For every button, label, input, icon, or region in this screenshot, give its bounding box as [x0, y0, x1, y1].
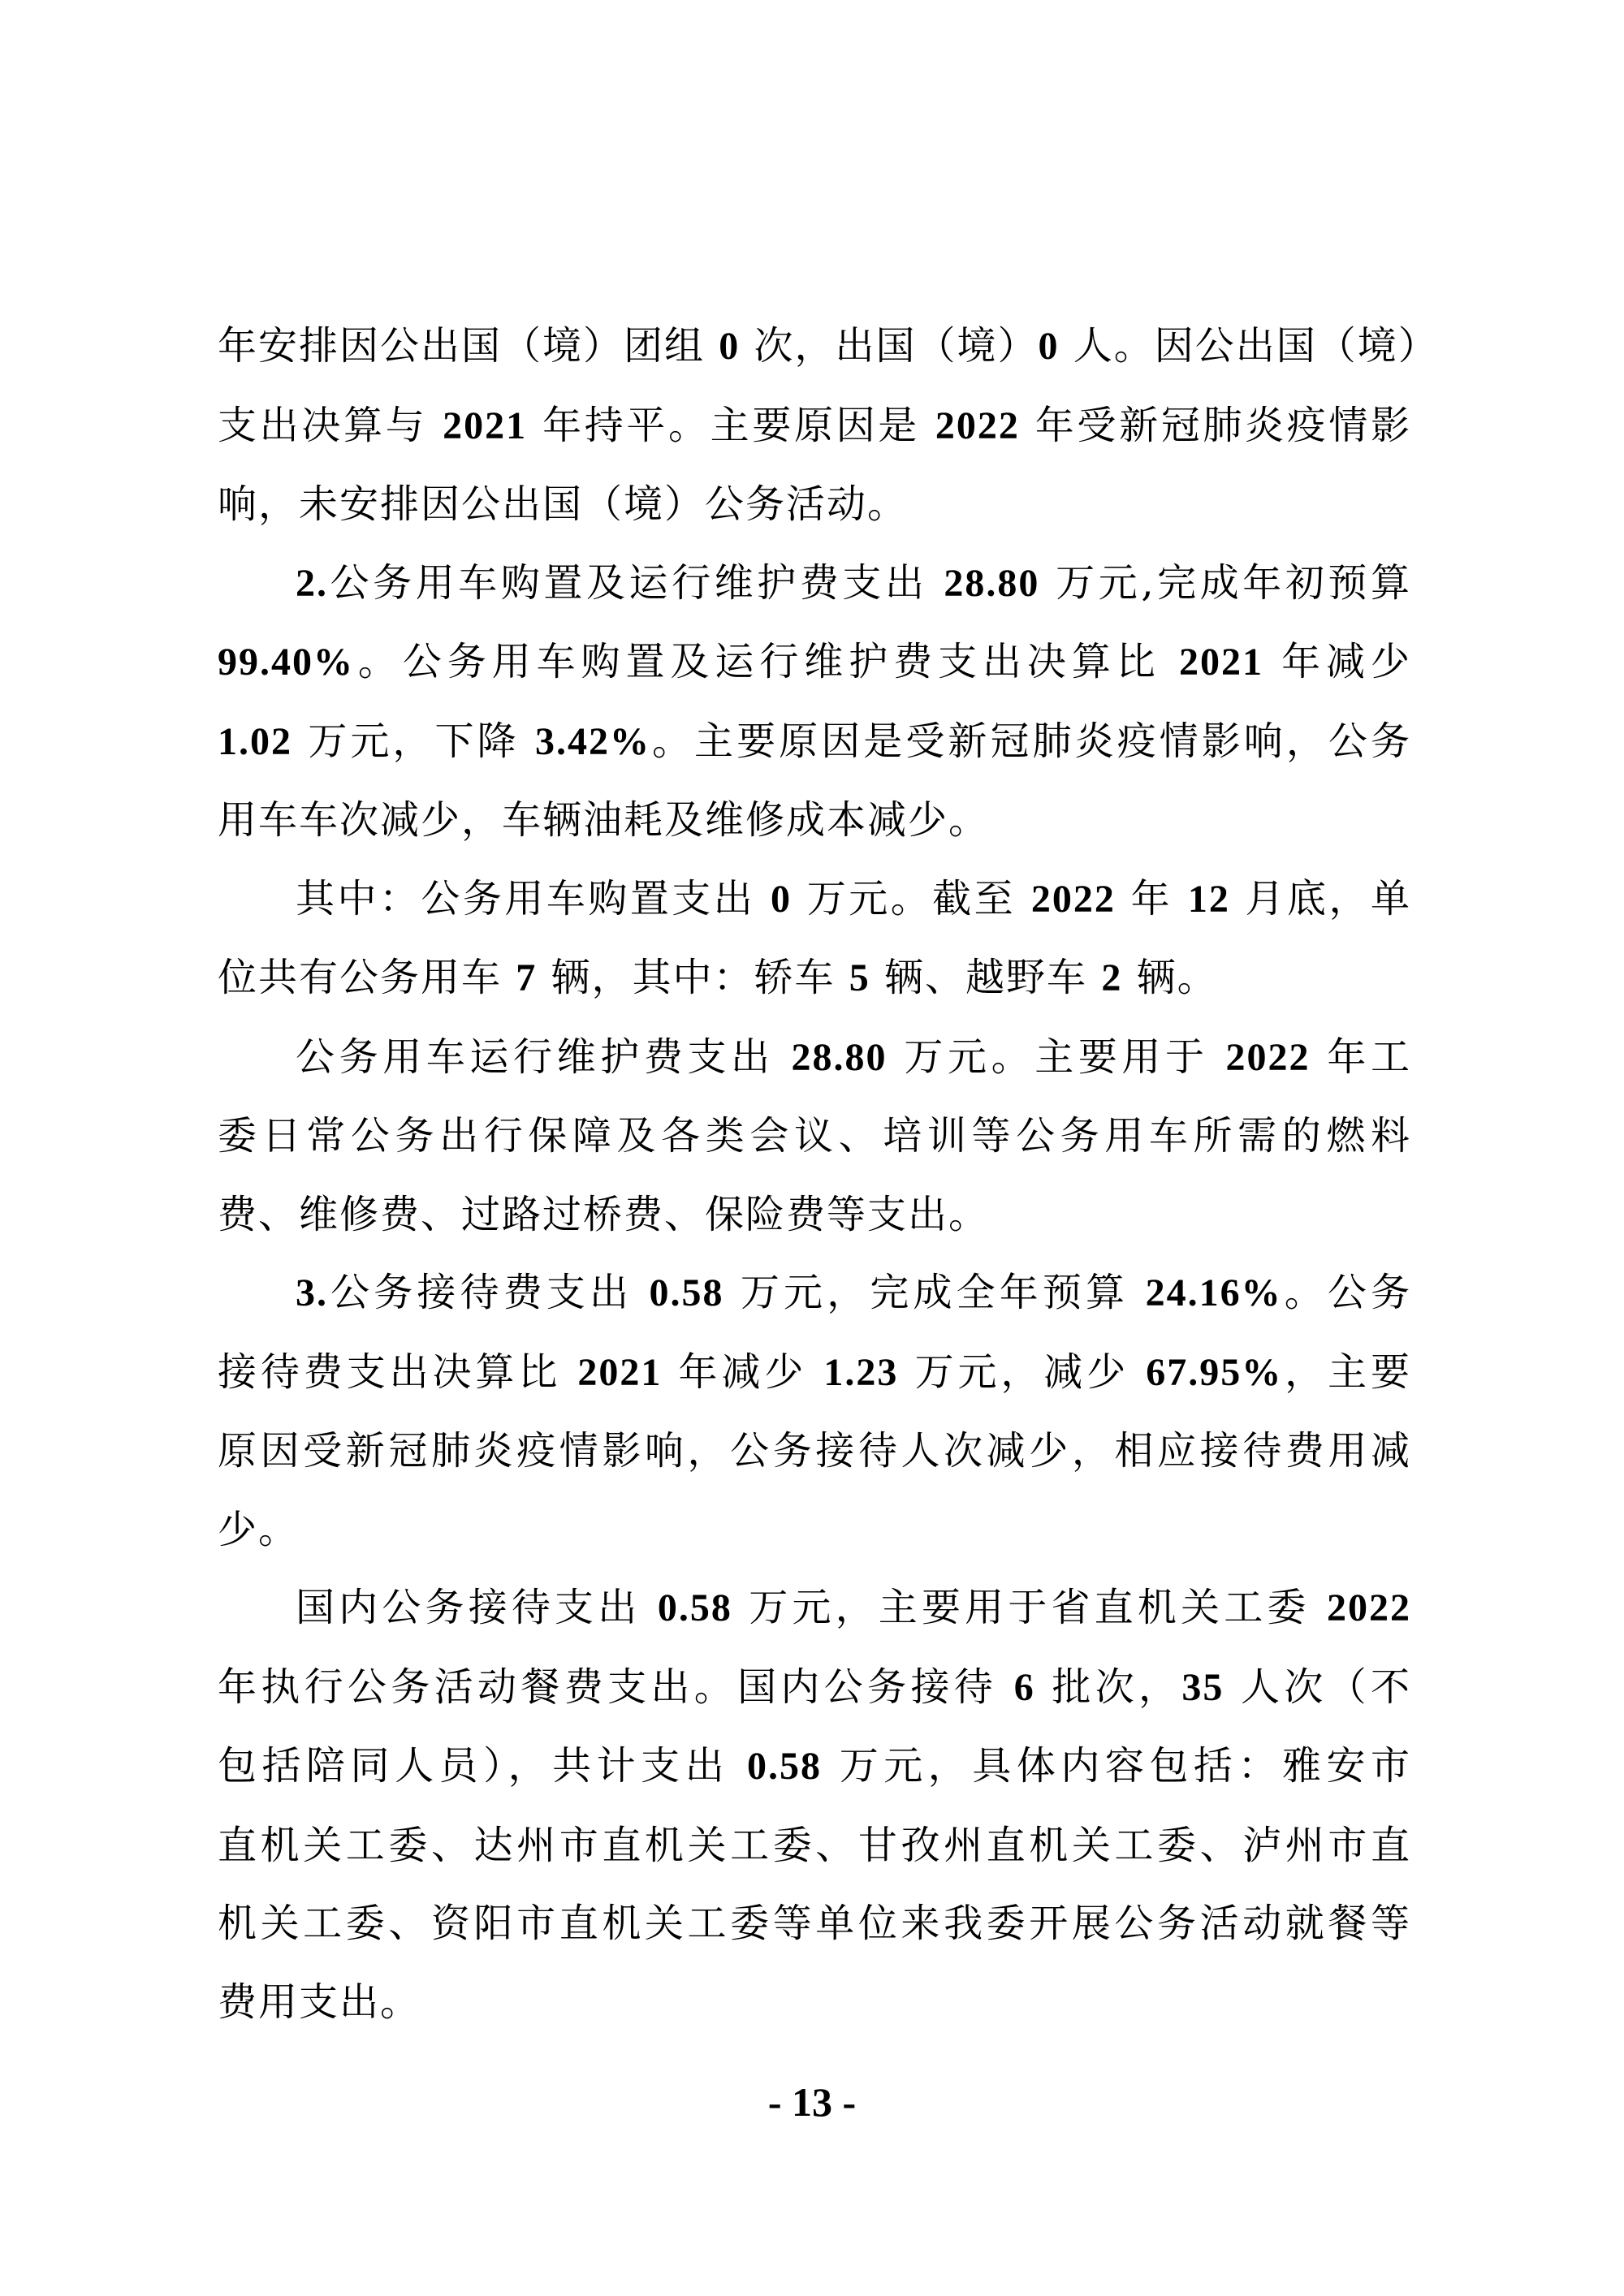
text-line: 响，未安排因公出国（境）公务活动。 [218, 465, 1411, 544]
text-line: 机关工委、资阳市直机关工委等单位来我委开展公务活动就餐等 [218, 1884, 1411, 1963]
text-line: 公务用车运行维护费支出 28.80 万元。主要用于 2022 年工 [218, 1018, 1411, 1098]
text-line: 包括陪同人员），共计支出 0.58 万元，具体内容包括：雅安市 [218, 1727, 1411, 1806]
paragraph-domestic-reception: 国内公务接待支出 0.58 万元，主要用于省直机关工委 2022 年执行公务活动… [218, 1569, 1411, 2041]
text-line: 年安排因公出国（境）团组 0 次，出国（境）0 人。因公出国（境） [218, 307, 1411, 386]
text-line: 接待费支出决算比 2021 年减少 1.23 万元，减少 67.95%，主要 [218, 1333, 1411, 1413]
paragraph-outbound-travel-continuation: 年安排因公出国（境）团组 0 次，出国（境）0 人。因公出国（境） 支出决算与 … [218, 307, 1411, 544]
text-line: 费、维修费、过路过桥费、保险费等支出。 [218, 1176, 1411, 1254]
paragraph-reception-expenses: 3.公务接待费支出 0.58 万元，完成全年预算 24.16%。公务 接待费支出… [218, 1254, 1411, 1569]
page-number: - 13 - [0, 2078, 1624, 2126]
paragraph-vehicle-expenses: 2.公务用车购置及运行维护费支出 28.80 万元,完成年初预算 99.40%。… [218, 544, 1411, 860]
text-line: 位共有公务用车 7 辆，其中：轿车 5 辆、越野车 2 辆。 [218, 939, 1411, 1018]
text-line: 支出决算与 2021 年持平。主要原因是 2022 年受新冠肺炎疫情影 [218, 386, 1411, 466]
text-line: 1.02 万元，下降 3.42%。主要原因是受新冠肺炎疫情影响，公务 [218, 702, 1411, 782]
text-line: 国内公务接待支出 0.58 万元，主要用于省直机关工委 2022 [218, 1569, 1411, 1648]
text-line: 直机关工委、达州市直机关工委、甘孜州直机关工委、泸州市直 [218, 1806, 1411, 1885]
text-line: 委日常公务出行保障及各类会议、培训等公务用车所需的燃料 [218, 1097, 1411, 1176]
text-line: 年执行公务活动餐费支出。国内公务接待 6 批次，35 人次（不 [218, 1648, 1411, 1728]
text-line: 少。 [218, 1491, 1411, 1569]
text-line: 99.40%。公务用车购置及运行维护费支出决算比 2021 年减少 [218, 623, 1411, 702]
text-line: 用车车次减少，车辆油耗及维修成本减少。 [218, 781, 1411, 860]
document-body: 年安排因公出国（境）团组 0 次，出国（境）0 人。因公出国（境） 支出决算与 … [218, 307, 1411, 2041]
text-line: 3.公务接待费支出 0.58 万元，完成全年预算 24.16%。公务 [218, 1254, 1411, 1333]
text-line: 原因受新冠肺炎疫情影响，公务接待人次减少，相应接待费用减 [218, 1412, 1411, 1491]
text-line: 2.公务用车购置及运行维护费支出 28.80 万元,完成年初预算 [218, 544, 1411, 624]
paragraph-vehicle-purchase: 其中：公务用车购置支出 0 万元。截至 2022 年 12 月底，单 位共有公务… [218, 860, 1411, 1018]
text-line: 费用支出。 [218, 1963, 1411, 2042]
text-line: 其中：公务用车购置支出 0 万元。截至 2022 年 12 月底，单 [218, 860, 1411, 939]
paragraph-vehicle-operation: 公务用车运行维护费支出 28.80 万元。主要用于 2022 年工 委日常公务出… [218, 1018, 1411, 1254]
